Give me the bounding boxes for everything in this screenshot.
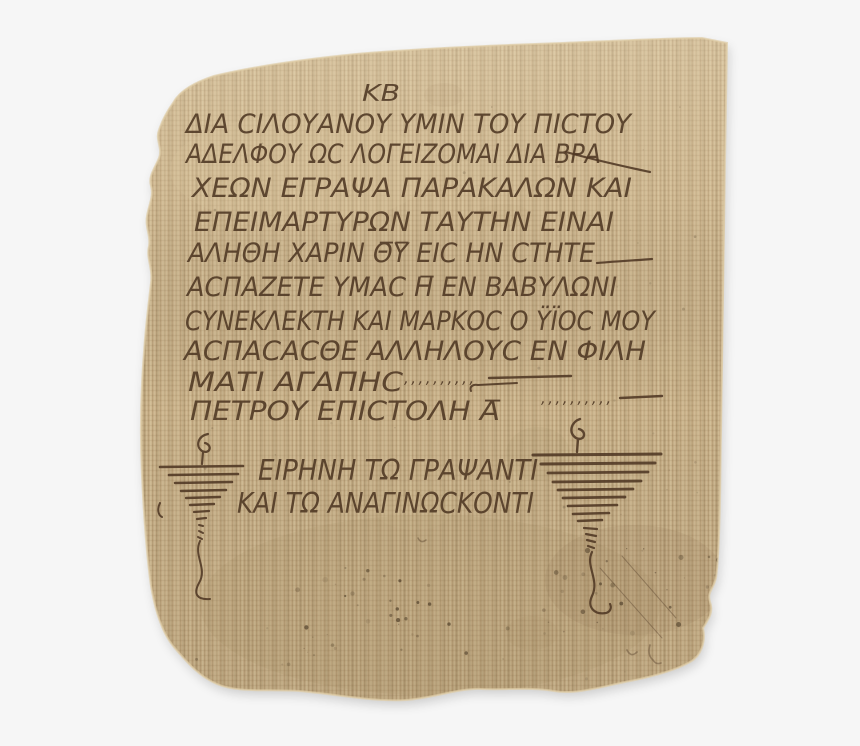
page-number: ΚΒ [362, 81, 400, 107]
subscription-line-1: ΕΙΡΗΝΗ ΤΩ ΓΡΑΨΑΝΤΙ [258, 454, 538, 487]
colophon-title: ΠΕΤΡΟΥ ΕΠΙϹΤΟΛΗ Α̅ [190, 396, 501, 427]
greek-line-6: ΑϹΠΑΖΕΤΕ ΥΜΑϹ Η̅ ΕΝ ΒΑΒΥΛΩΝΙ [185, 272, 617, 303]
subscription-line-2: ΚΑΙ ΤΩ ΑΝΑΓΙΝΩϹΚΟΝΤΙ [237, 487, 534, 520]
greek-line-5: ΑΛΗΘΗ ΧΑΡΙΝ Θ̅Υ̅ ΕΙϹ ΗΝ ϹΤΗΤΕ [186, 238, 595, 269]
manuscript-photo: ΚΒ ΔΙΑ ϹΙΛΟΥΑΝΟΥ ΥΜΙΝ ΤΟΥ ΠΙϹΤΟΥ ΑΔΕΛΦΟΥ… [0, 0, 860, 746]
greek-line-7: ϹΥΝΕΚΛΕΚΤΗ ΚΑΙ ΜΑΡΚΟϹ Ο ΫΪΟϹ ΜΟΥ [185, 305, 657, 337]
greek-line-2: ΑΔΕΛΦΟΥ ΩϹ ΛΟΓΕΙΖΟΜΑΙ ΔΙΑ ΒΡΑ [184, 139, 601, 170]
greek-line-9: ΜΑΤΙ ΑΓΑΠΗϹ [188, 367, 403, 398]
greek-line-8: ΑϹΠΑϹΑϹΘΕ ΑΛΛΗΛΟΥϹ ΕΝ ΦΙΛΗ [182, 336, 646, 367]
greek-line-1: ΔΙΑ ϹΙΛΟΥΑΝΟΥ ΥΜΙΝ ΤΟΥ ΠΙϹΤΟΥ [184, 109, 633, 140]
line-filler-marks: ,,,,,,,,,, [541, 389, 614, 407]
papyrus-photo: ΚΒ ΔΙΑ ϹΙΛΟΥΑΝΟΥ ΥΜΙΝ ΤΟΥ ΠΙϹΤΟΥ ΑΔΕΛΦΟΥ… [0, 0, 860, 746]
line-filler-marks: ,,,,,,,,,, [404, 369, 477, 387]
greek-line-4: ΕΠΕΙΜΑΡΤΥΡΩΝ ΤΑΥΤΗΝ ΕΙΝΑΙ [194, 207, 614, 238]
greek-line-3: ΧΕΩΝ ΕΓΡΑΨΑ ΠΑΡΑΚΑΛΩΝ ΚΑΙ [190, 173, 632, 204]
